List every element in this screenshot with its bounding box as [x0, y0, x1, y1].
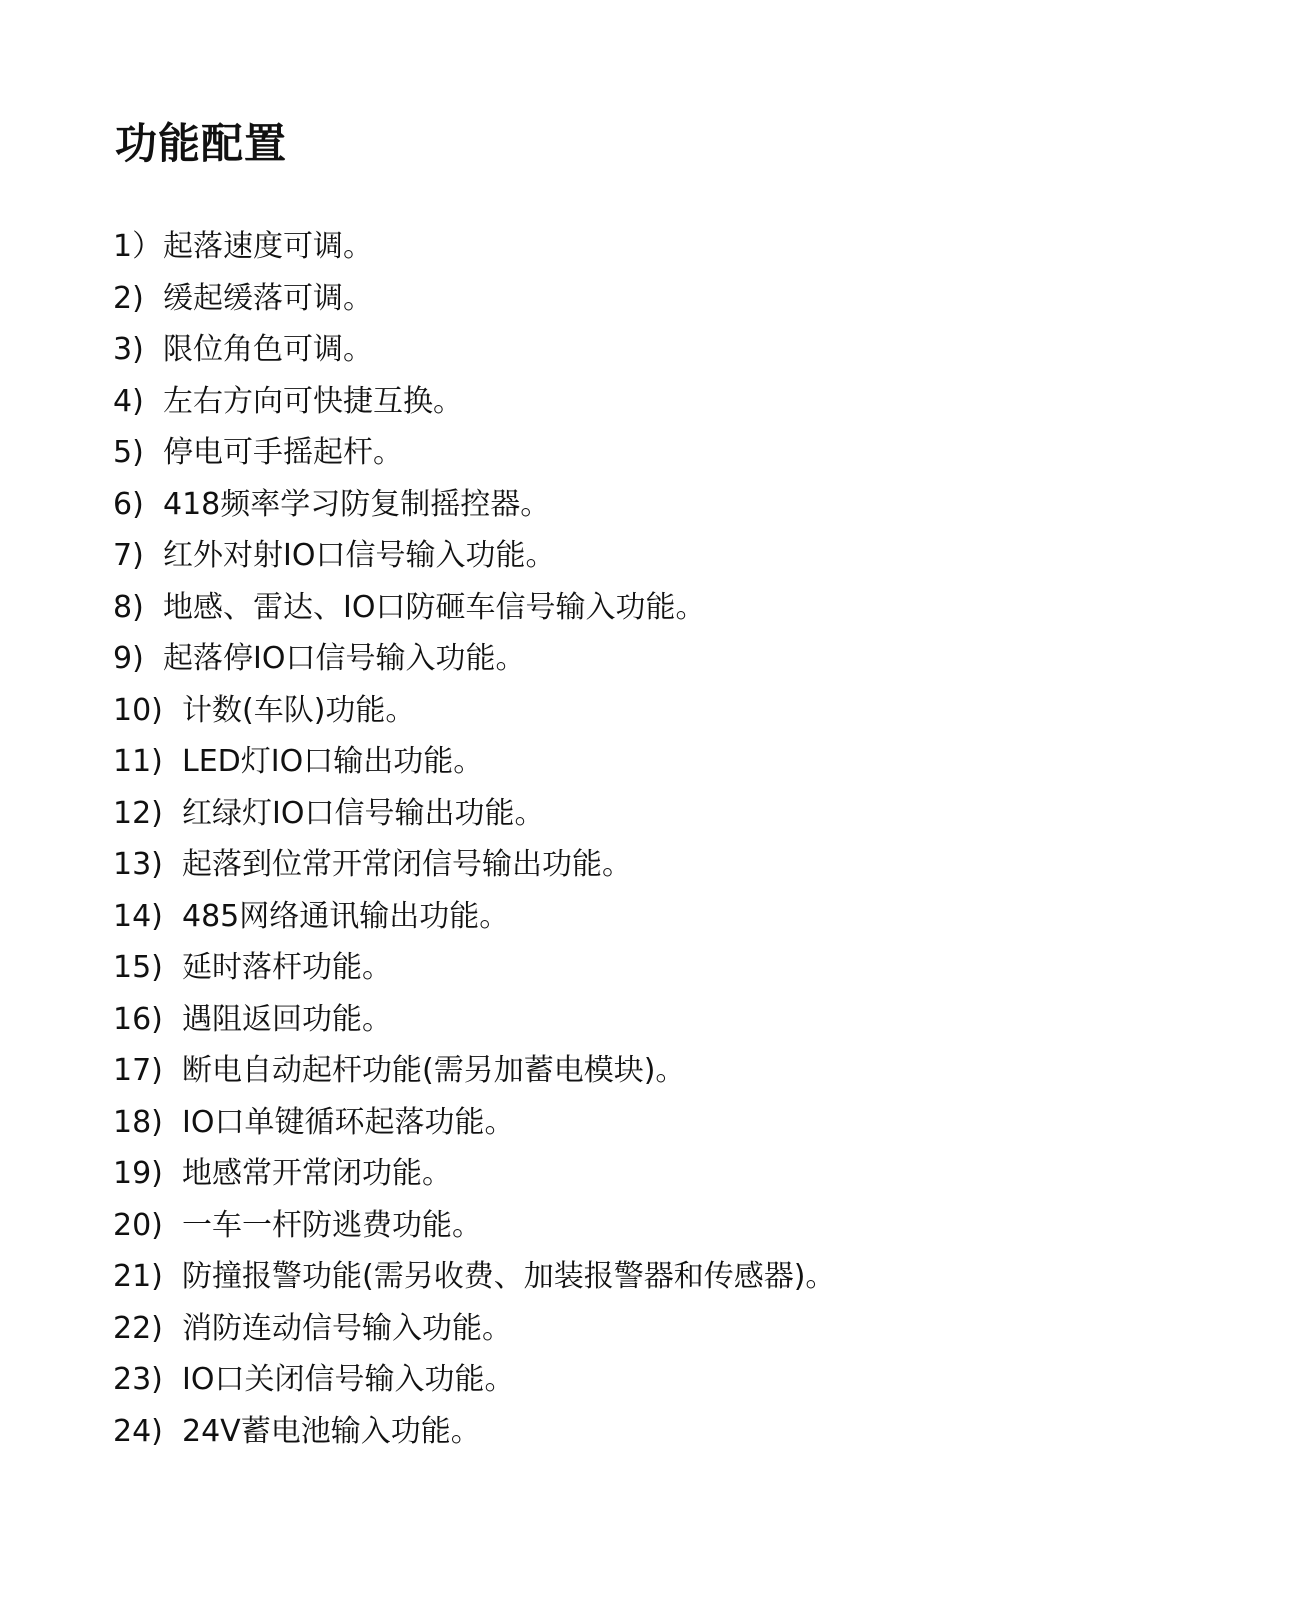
item-number: 19) [113, 1151, 182, 1203]
list-item: 14)485网络通讯输出功能。 [113, 894, 835, 946]
item-number: 9) [113, 636, 163, 688]
list-item: 22)消防连动信号输入功能。 [113, 1306, 835, 1358]
list-item: 7)红外对射IO口信号输入功能。 [113, 533, 835, 585]
item-number: 14) [113, 894, 182, 946]
item-text: 消防连动信号输入功能。 [182, 1306, 512, 1358]
item-number: 12) [113, 791, 182, 843]
item-number: 18) [113, 1100, 182, 1152]
item-text: 限位角色可调。 [163, 327, 373, 379]
list-item: 4)左右方向可快捷互换。 [113, 379, 835, 431]
item-text: 延时落杆功能。 [182, 945, 392, 997]
list-item: 12)红绿灯IO口信号输出功能。 [113, 791, 835, 843]
item-text: 红绿灯IO口信号输出功能。 [182, 791, 544, 843]
list-item: 20)一车一杆防逃费功能。 [113, 1203, 835, 1255]
list-item: 24)24V蓄电池输入功能。 [113, 1409, 835, 1461]
list-item: 2)缓起缓落可调。 [113, 276, 835, 328]
item-text: IO口关闭信号输入功能。 [182, 1357, 514, 1409]
item-text: 左右方向可快捷互换。 [163, 379, 463, 431]
item-number: 5) [113, 430, 163, 482]
list-item: 6)418频率学习防复制摇控器。 [113, 482, 835, 534]
item-text: 地感、雷达、IO口防砸车信号输入功能。 [163, 585, 705, 637]
item-number: 11) [113, 739, 182, 791]
item-text: 遇阻返回功能。 [182, 997, 392, 1049]
feature-list: 1）起落速度可调。 2)缓起缓落可调。 3)限位角色可调。 4)左右方向可快捷互… [113, 224, 835, 1460]
item-number: 1） [113, 224, 163, 276]
item-text: 起落停IO口信号输入功能。 [163, 636, 525, 688]
item-number: 23) [113, 1357, 182, 1409]
item-number: 2) [113, 276, 163, 328]
item-text: 24V蓄电池输入功能。 [182, 1409, 481, 1461]
list-item: 16)遇阻返回功能。 [113, 997, 835, 1049]
item-text: 418频率学习防复制摇控器。 [163, 482, 550, 534]
item-number: 20) [113, 1203, 182, 1255]
item-text: 起落到位常开常闭信号输出功能。 [182, 842, 632, 894]
item-text: 防撞报警功能(需另收费、加装报警器和传感器)。 [182, 1254, 835, 1306]
list-item: 8)地感、雷达、IO口防砸车信号输入功能。 [113, 585, 835, 637]
item-text: 断电自动起杆功能(需另加蓄电模块)。 [182, 1048, 685, 1100]
item-number: 24) [113, 1409, 182, 1461]
item-number: 17) [113, 1048, 182, 1100]
list-item: 21)防撞报警功能(需另收费、加装报警器和传感器)。 [113, 1254, 835, 1306]
list-item: 1）起落速度可调。 [113, 224, 835, 276]
item-text: 计数(车队)功能。 [182, 688, 415, 740]
list-item: 10)计数(车队)功能。 [113, 688, 835, 740]
list-item: 18)IO口单键循环起落功能。 [113, 1100, 835, 1152]
item-text: IO口单键循环起落功能。 [182, 1100, 514, 1152]
item-text: 缓起缓落可调。 [163, 276, 373, 328]
item-text: 红外对射IO口信号输入功能。 [163, 533, 555, 585]
list-item: 3)限位角色可调。 [113, 327, 835, 379]
item-number: 6) [113, 482, 163, 534]
page-title: 功能配置 [115, 116, 287, 172]
item-text: 停电可手摇起杆。 [163, 430, 403, 482]
item-text: 地感常开常闭功能。 [182, 1151, 452, 1203]
item-text: 一车一杆防逃费功能。 [182, 1203, 482, 1255]
item-number: 8) [113, 585, 163, 637]
item-number: 16) [113, 997, 182, 1049]
item-number: 15) [113, 945, 182, 997]
item-number: 7) [113, 533, 163, 585]
item-number: 22) [113, 1306, 182, 1358]
item-number: 21) [113, 1254, 182, 1306]
item-number: 13) [113, 842, 182, 894]
list-item: 17)断电自动起杆功能(需另加蓄电模块)。 [113, 1048, 835, 1100]
item-text: 起落速度可调。 [163, 224, 373, 276]
list-item: 13)起落到位常开常闭信号输出功能。 [113, 842, 835, 894]
list-item: 23)IO口关闭信号输入功能。 [113, 1357, 835, 1409]
item-number: 10) [113, 688, 182, 740]
list-item: 15)延时落杆功能。 [113, 945, 835, 997]
list-item: 11)LED灯IO口输出功能。 [113, 739, 835, 791]
list-item: 9)起落停IO口信号输入功能。 [113, 636, 835, 688]
item-number: 3) [113, 327, 163, 379]
list-item: 19)地感常开常闭功能。 [113, 1151, 835, 1203]
item-text: 485网络通讯输出功能。 [182, 894, 509, 946]
list-item: 5)停电可手摇起杆。 [113, 430, 835, 482]
item-text: LED灯IO口输出功能。 [182, 739, 483, 791]
item-number: 4) [113, 379, 163, 431]
